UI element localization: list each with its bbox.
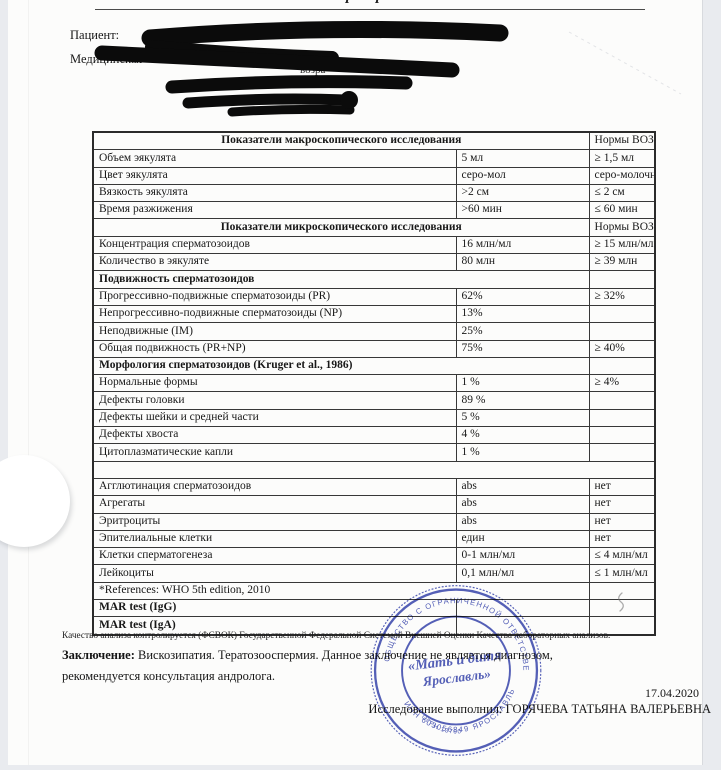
- table-row: Показатели макроскопического исследовани…: [93, 132, 655, 150]
- row-value: 80 млн: [456, 254, 589, 271]
- row-norm: Нормы ВОЗ*: [589, 219, 655, 236]
- table-row: Нормальные формы1 %≥ 4%: [93, 375, 655, 392]
- report-date: 17.04.2020: [645, 686, 699, 701]
- row-norm: ≥ 15 млн/мл: [589, 236, 655, 253]
- redaction-marks: [0, 0, 560, 130]
- row-norm: ≥ 4%: [589, 375, 655, 392]
- row-norm: [589, 444, 655, 461]
- row-label: Вязкость эякулята: [93, 184, 456, 201]
- row-value: 5 мл: [456, 150, 589, 167]
- row-value: серо-мол: [456, 167, 589, 184]
- row-value: 75%: [456, 340, 589, 357]
- row-label: Эритроциты: [93, 513, 456, 530]
- row-value: един: [456, 530, 589, 547]
- table-row: Дефекты хвоста4 %: [93, 427, 655, 444]
- row-label: Нормальные формы: [93, 375, 456, 392]
- row-label: Дефекты головки: [93, 392, 456, 409]
- table-row: Агрегатыabsнет: [93, 496, 655, 513]
- row-norm: [589, 409, 655, 426]
- row-value: >60 мин: [456, 202, 589, 219]
- row-label: Агрегаты: [93, 496, 456, 513]
- row-norm: нет: [589, 530, 655, 547]
- row-value: abs: [456, 496, 589, 513]
- row-norm: [589, 305, 655, 322]
- table-row: Дефекты головки89 %: [93, 392, 655, 409]
- table-row: Морфология сперматозоидов (Kruger et al.…: [93, 357, 655, 374]
- table-row: Количество в эякуляте80 млн≥ 39 млн: [93, 254, 655, 271]
- row-norm: ≤ 60 мин: [589, 202, 655, 219]
- row-label: Общая подвижность (PR+NP): [93, 340, 456, 357]
- table-row: Объем эякулята5 мл≥ 1,5 мл: [93, 150, 655, 167]
- table-row: Цитоплазматические капли1 %: [93, 444, 655, 461]
- row-label: Объем эякулята: [93, 150, 456, 167]
- results-table-body: Показатели макроскопического исследовани…: [93, 132, 655, 635]
- row-label: Клетки сперматогенеза: [93, 548, 456, 565]
- row-label: Дефекты шейки и средней части: [93, 409, 456, 426]
- row-norm: ≤ 1 млн/мл: [589, 565, 655, 582]
- row-norm: ≥ 40%: [589, 340, 655, 357]
- row-value: 0-1 млн/мл: [456, 548, 589, 565]
- table-row: Время разжижения>60 мин≤ 60 мин: [93, 202, 655, 219]
- row-label: Морфология сперматозоидов (Kruger et al.…: [93, 357, 589, 374]
- conclusion-label: Заключение:: [62, 648, 135, 662]
- row-value: 13%: [456, 305, 589, 322]
- table-row: Непрогрессивно-подвижные сперматозоиды (…: [93, 305, 655, 322]
- table-row: Подвижность сперматозоидов: [93, 271, 655, 288]
- row-value: 25%: [456, 323, 589, 340]
- row-norm: ≤ 4 млн/мл: [589, 548, 655, 565]
- row-label: Время разжижения: [93, 202, 456, 219]
- row-norm: ≥ 1,5 мл: [589, 150, 655, 167]
- row-norm: [589, 271, 655, 288]
- table-row: Эритроцитыabsнет: [93, 513, 655, 530]
- handwritten-mark: [612, 590, 630, 614]
- row-value: >2 см: [456, 184, 589, 201]
- row-label: Дефекты хвоста: [93, 427, 456, 444]
- row-label: Показатели микроскопического исследовани…: [93, 219, 589, 236]
- row-label: Концентрация сперматозоидов: [93, 236, 456, 253]
- row-label: Агглютинация сперматозоидов: [93, 478, 456, 495]
- table-row: Общая подвижность (PR+NP)75%≥ 40%: [93, 340, 655, 357]
- row-norm: нет: [589, 478, 655, 495]
- table-row: Вязкость эякулята>2 см≤ 2 см: [93, 184, 655, 201]
- row-norm: ≥ 39 млн: [589, 254, 655, 271]
- row-value: 1 %: [456, 375, 589, 392]
- row-label: Непрогрессивно-подвижные сперматозоиды (…: [93, 305, 456, 322]
- row-empty-cell: [93, 461, 655, 478]
- row-value: abs: [456, 513, 589, 530]
- table-row: Неподвижные (IM)25%: [93, 323, 655, 340]
- row-value: 5 %: [456, 409, 589, 426]
- row-norm: [589, 427, 655, 444]
- row-label: Цитоплазматические капли: [93, 444, 456, 461]
- row-norm: ≤ 2 см: [589, 184, 655, 201]
- row-norm: нет: [589, 513, 655, 530]
- row-norm: [589, 392, 655, 409]
- row-norm: Нормы ВОЗ*: [589, 132, 655, 150]
- table-row: Клетки сперматогенеза0-1 млн/мл≤ 4 млн/м…: [93, 548, 655, 565]
- row-value: abs: [456, 478, 589, 495]
- table-row: Эпителиальные клеткиединнет: [93, 530, 655, 547]
- row-label: Прогрессивно-подвижные сперматозоиды (PR…: [93, 288, 456, 305]
- row-norm: ≥ 32%: [589, 288, 655, 305]
- row-value: 16 млн/мл: [456, 236, 589, 253]
- table-row: Показатели микроскопического исследовани…: [93, 219, 655, 236]
- row-label: Эпителиальные клетки: [93, 530, 456, 547]
- table-row: Концентрация сперматозоидов16 млн/мл≥ 15…: [93, 236, 655, 253]
- row-label: Подвижность сперматозоидов: [93, 271, 589, 288]
- row-value: 1 %: [456, 444, 589, 461]
- row-norm: [589, 357, 655, 374]
- row-value: 4 %: [456, 427, 589, 444]
- row-label: Неподвижные (IM): [93, 323, 456, 340]
- scanner-artifact: [565, 28, 685, 98]
- results-table: Показатели макроскопического исследовани…: [92, 131, 656, 636]
- row-label: Количество в эякуляте: [93, 254, 456, 271]
- table-row: Агглютинация сперматозоидовabsнет: [93, 478, 655, 495]
- table-row: [93, 461, 655, 478]
- row-label: Цвет эякулята: [93, 167, 456, 184]
- table-row: Дефекты шейки и средней части5 %: [93, 409, 655, 426]
- table-row: Цвет эякулятасеро-молсеро-молочный: [93, 167, 655, 184]
- row-norm: [589, 323, 655, 340]
- row-value: 62%: [456, 288, 589, 305]
- table-row: Прогрессивно-подвижные сперматозоиды (PR…: [93, 288, 655, 305]
- row-norm: серо-молочный: [589, 167, 655, 184]
- row-norm: нет: [589, 496, 655, 513]
- clinic-stamp: ОБЩЕСТВО С ОГРАНИЧЕННОЙ ОТВЕТСТВЕННОСТЬЮ…: [360, 578, 552, 763]
- row-value: 89 %: [456, 392, 589, 409]
- row-label: Показатели макроскопического исследовани…: [93, 132, 589, 150]
